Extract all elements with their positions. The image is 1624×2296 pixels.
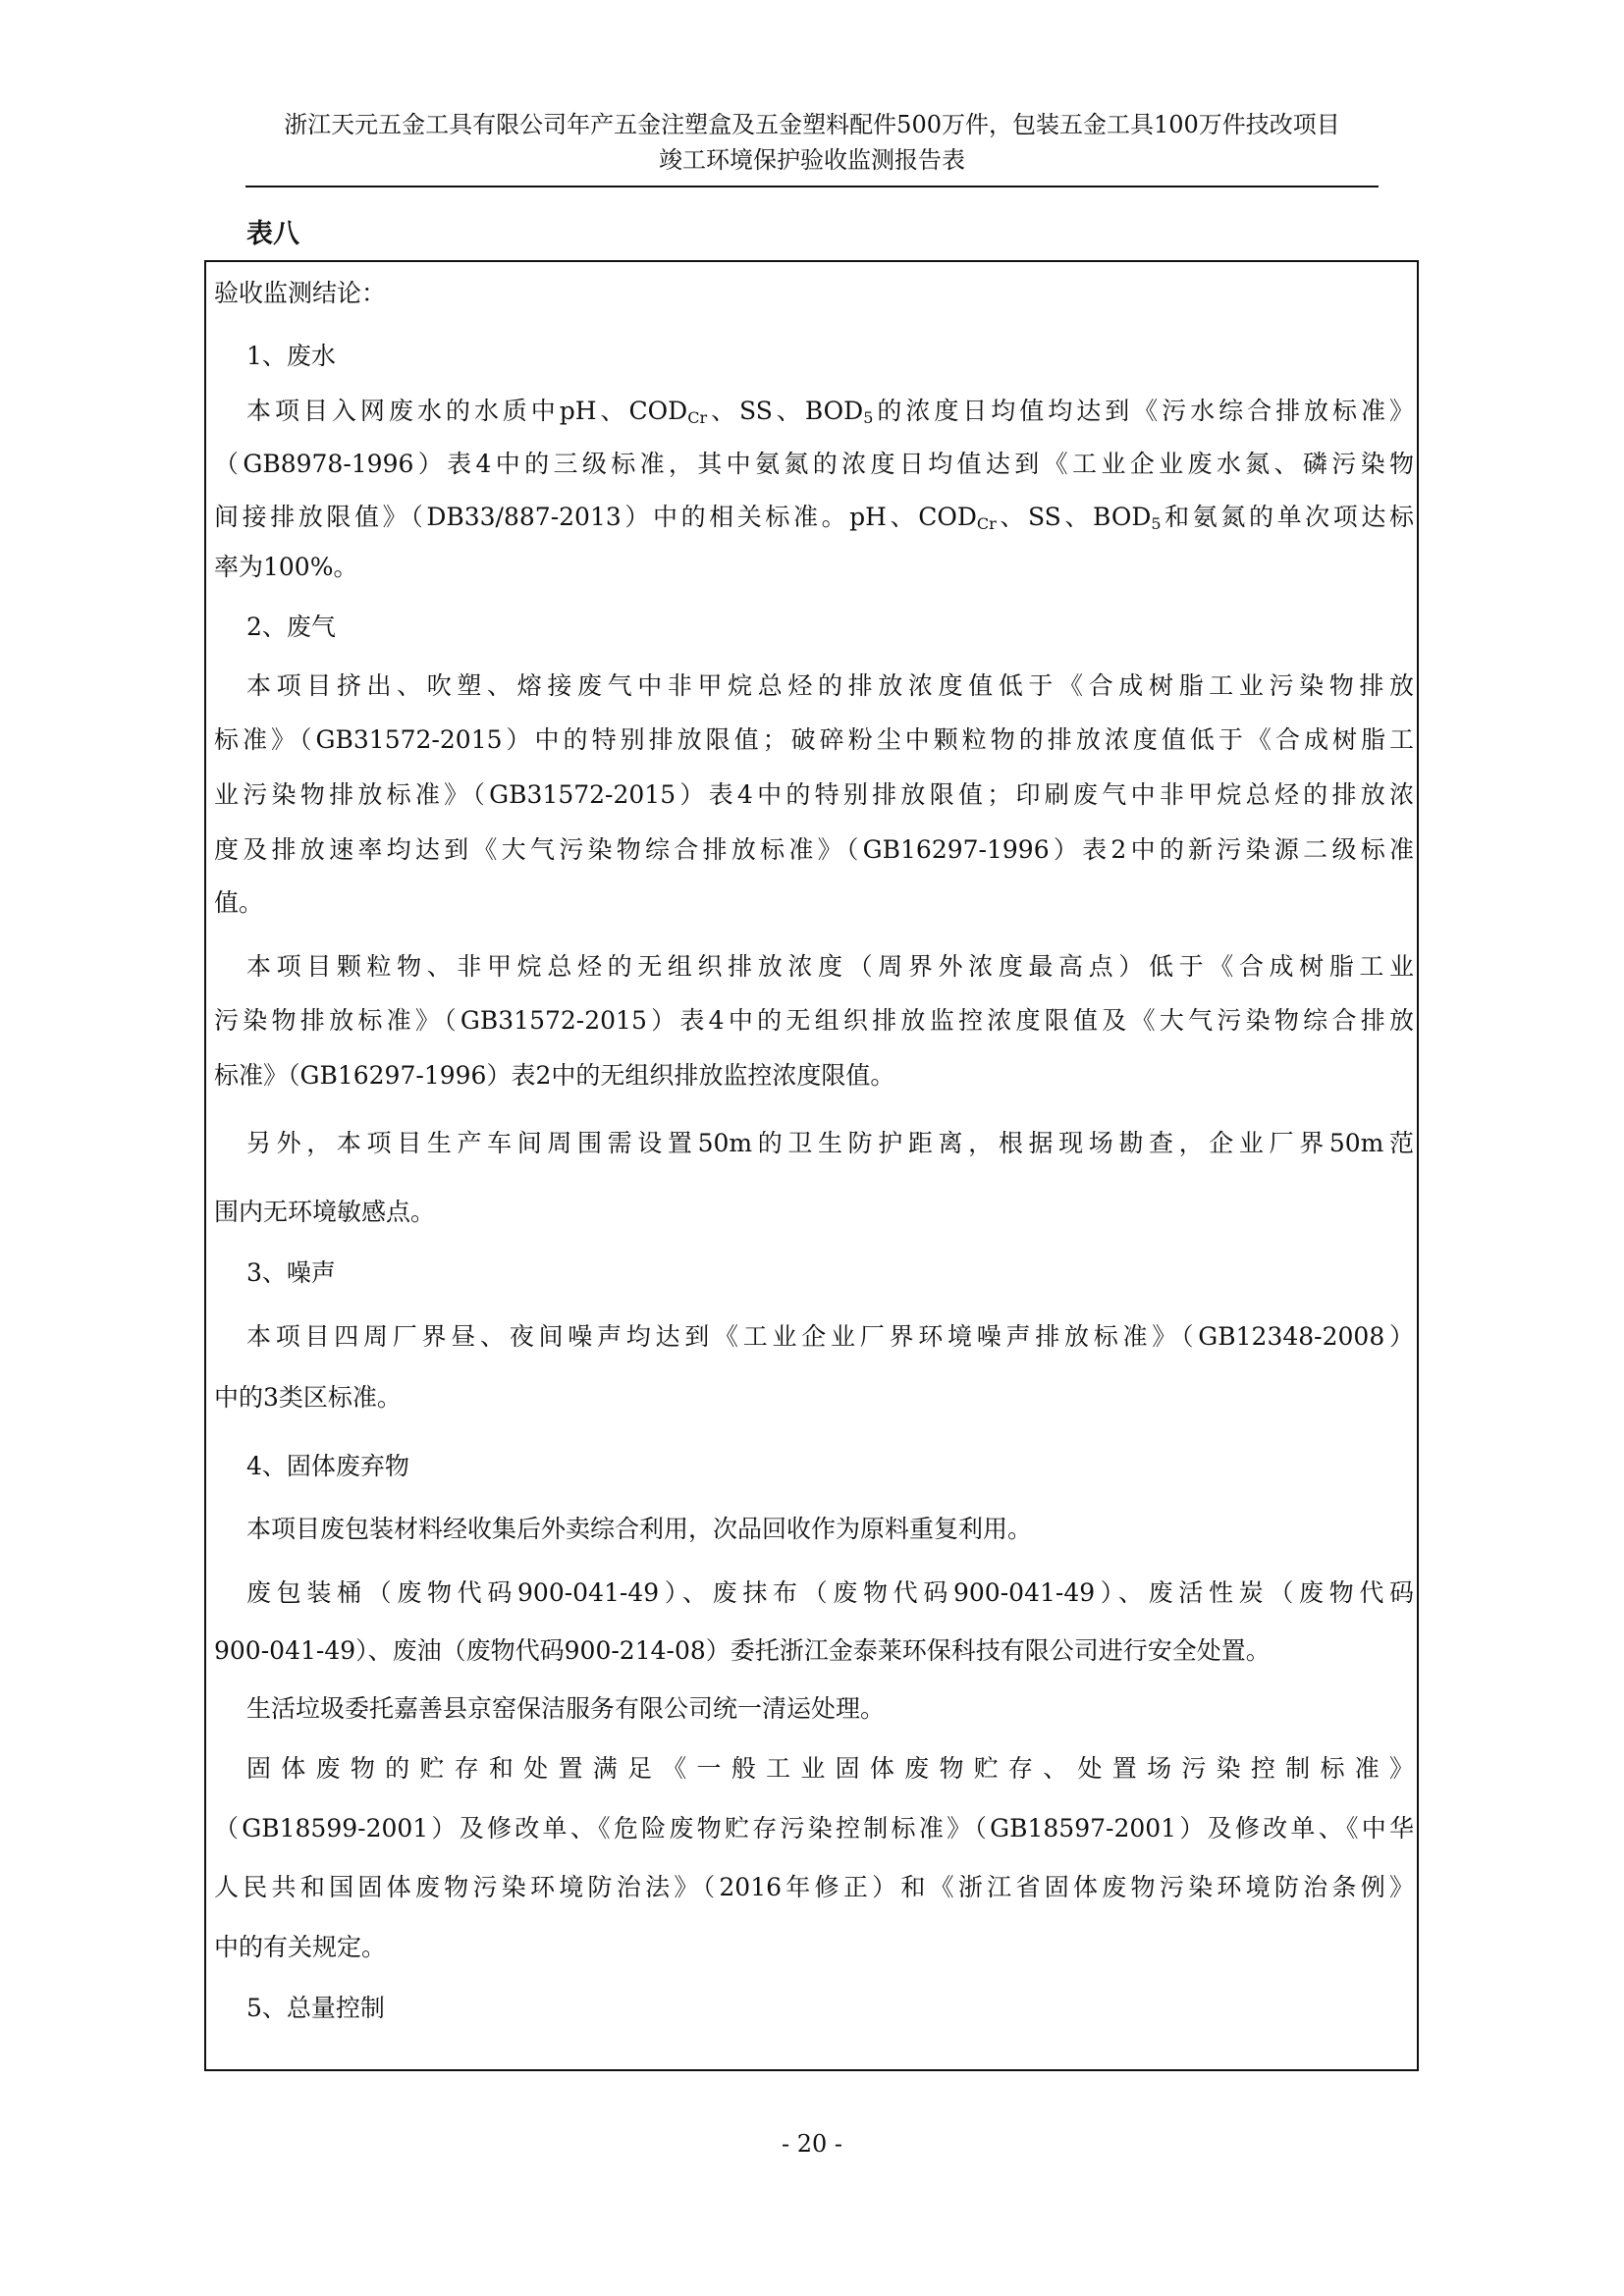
noise-line-2: 中的3类区标准。 (214, 1381, 1414, 1415)
solid-waste-line-4: 生活垃圾委托嘉善县京窑保洁服务有限公司统一清运处理。 (246, 1692, 1414, 1726)
solid-waste-line-8: 中的有关规定。 (214, 1931, 1414, 1964)
table-label: 表八 (246, 212, 299, 250)
waste-gas-line-10: 围内无环境敏感点。 (214, 1196, 1414, 1229)
waste-gas-line-6: 本项目颗粒物、非甲烷总烃的无组织排放浓度（周界外浓度最高点）低于《合成树脂工业 (246, 950, 1414, 984)
section-heading-wastewater: 1、废水 (246, 340, 1414, 373)
solid-waste-line-6: （GB18599-2001）及修改单、《危险废物贮存污染控制标准》（GB1859… (214, 1812, 1414, 1845)
report-title-line-1: 浙江天元五金工具有限公司年产五金注塑盒及五金塑料配件500万件，包装五金工具10… (236, 110, 1388, 139)
waste-gas-line-1: 本项目挤出、吹塑、熔接废气中非甲烷总烃的排放浓度值低于《合成树脂工业污染物排放 (246, 669, 1414, 703)
noise-line-1: 本项目四周厂界昼、夜间噪声均达到《工业企业厂界环境噪声排放标准》（GB12348… (246, 1320, 1414, 1354)
waste-gas-line-3: 业污染物排放标准》（GB31572-2015）表4中的特别排放限值；印刷废气中非… (214, 778, 1414, 812)
solid-waste-line-2: 废包装桶（废物代码900-041-49）、废抹布（废物代码900-041-49）… (246, 1576, 1414, 1610)
conclusion-heading: 验收监测结论： (214, 277, 1414, 310)
waste-gas-line-4: 度及排放速率均达到《大气污染物综合排放标准》（GB16297-1996）表2中的… (214, 833, 1414, 867)
section-heading-waste-gas: 2、废气 (246, 611, 1414, 644)
waste-gas-line-5: 值。 (214, 886, 1414, 920)
waste-gas-line-8: 标准》（GB16297-1996）表2中的无组织排放监控浓度限值。 (214, 1059, 1414, 1093)
section-heading-total-control: 5、总量控制 (246, 1992, 1414, 2025)
waste-gas-line-7: 污染物排放标准》（GB31572-2015）表4中的无组织排放监控浓度限值及《大… (214, 1004, 1414, 1038)
solid-waste-line-3: 900-041-49）、废油（废物代码900-214-08）委托浙江金泰莱环保科… (214, 1634, 1414, 1668)
waste-gas-line-2: 标准》（GB31572-2015）中的特别排放限值；破碎粉尘中颗粒物的排放浓度值… (214, 723, 1414, 757)
section-heading-noise: 3、噪声 (246, 1256, 1414, 1290)
page-number: - 20 - (0, 2130, 1624, 2158)
wastewater-line-4: 率为100%。 (214, 551, 1414, 584)
wastewater-line-3: 间接排放限值》（DB33/887-2013）中的相关标准。pH、CODCr、SS… (214, 501, 1414, 534)
waste-gas-line-9: 另外，本项目生产车间周围需设置50m的卫生防护距离，根据现场勘查，企业厂界50m… (246, 1127, 1414, 1160)
wastewater-line-2: （GB8978-1996）表4中的三级标准，其中氨氮的浓度日均值达到《工业企业废… (214, 448, 1414, 481)
header-divider (245, 186, 1379, 187)
wastewater-line-1: 本项目入网废水的水质中pH、CODCr、SS、BOD5的浓度日均值均达到《污水综… (246, 395, 1414, 428)
solid-waste-line-7: 人民共和国固体废物污染环境防治法》（2016年修正）和《浙江省固体废物污染环境防… (214, 1871, 1414, 1904)
section-heading-solid-waste: 4、固体废弃物 (246, 1450, 1414, 1483)
report-title-line-2: 竣工环境保护验收监测报告表 (236, 145, 1388, 175)
solid-waste-line-5: 固体废物的贮存和处置满足《一般工业固体废物贮存、处置场污染控制标准》 (246, 1752, 1414, 1786)
solid-waste-line-1: 本项目废包装材料经收集后外卖综合利用，次品回收作为原料重复利用。 (246, 1513, 1414, 1546)
